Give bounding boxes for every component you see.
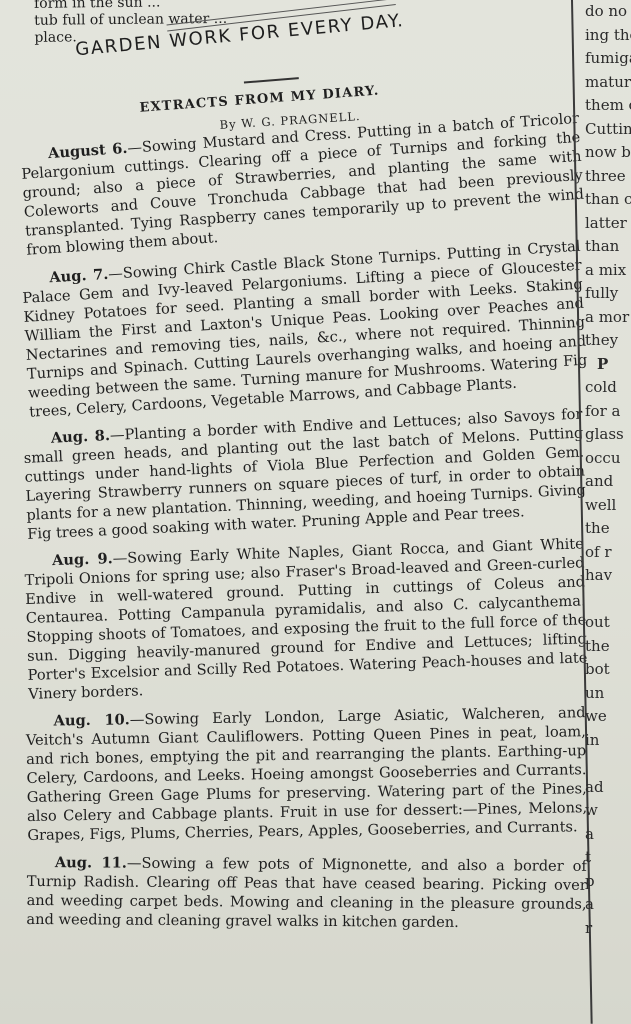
diary-entry: Aug. 8.—Planting a border with Endive an… xyxy=(23,405,588,544)
diary-entry: Aug. 10.—Sowing Early London, Large Asia… xyxy=(25,703,587,845)
entry-text: —Sowing Chirk Castle Black Stone Turnips… xyxy=(22,238,588,421)
diary-entry: August 6.—Sowing Mustard and Cress. Putt… xyxy=(20,109,586,260)
diary-entry: Aug. 9.—Sowing Early White Naples, Giant… xyxy=(24,534,588,704)
adjacent-line: them o xyxy=(585,94,631,118)
adjacent-column-fragment: do no ing the fumiga mature them o Cutti… xyxy=(585,0,631,1024)
adjacent-line: fully xyxy=(585,282,631,306)
adjacent-line: now b xyxy=(585,141,631,165)
adjacent-line: ing the xyxy=(585,24,631,48)
adjacent-line: than xyxy=(585,235,631,259)
adjacent-line: fumiga xyxy=(585,47,631,71)
entry-date: Aug. 8. xyxy=(51,427,111,447)
adjacent-line: for a xyxy=(585,400,631,424)
adjacent-line: t xyxy=(585,846,631,870)
diary-entry: Aug. 11.—Sowing a few pots of Mignonette… xyxy=(26,853,587,933)
diary-entry: Aug. 7.—Sowing Chirk Castle Black Stone … xyxy=(21,237,589,422)
entry-date: Aug. 7. xyxy=(49,266,109,286)
entry-date: Aug. 10. xyxy=(53,711,129,729)
adjacent-line: out xyxy=(585,611,631,635)
adjacent-line-gap xyxy=(585,588,631,612)
adjacent-line: occu xyxy=(585,447,631,471)
main-column: form in the sun ... tub full of unclean … xyxy=(18,0,589,1024)
adjacent-line: do no xyxy=(585,0,631,24)
adjacent-line: they xyxy=(585,329,631,353)
adjacent-line: than c xyxy=(585,188,631,212)
adjacent-line: hav xyxy=(585,564,631,588)
adjacent-line-gap xyxy=(585,752,631,776)
title-underline-rule xyxy=(244,77,299,83)
adjacent-line: mature xyxy=(585,71,631,95)
adjacent-line: glass xyxy=(585,423,631,447)
adjacent-line: r xyxy=(585,917,631,941)
adjacent-line: P xyxy=(585,353,631,377)
adjacent-line: the xyxy=(585,517,631,541)
adjacent-line: cold xyxy=(585,376,631,400)
newspaper-page: form in the sun ... tub full of unclean … xyxy=(0,0,631,1024)
adjacent-line: well xyxy=(585,494,631,518)
entry-date: Aug. 9. xyxy=(52,550,113,569)
adjacent-line: we xyxy=(585,705,631,729)
entry-text: —Sowing Mustard and Cress. Putting in a … xyxy=(21,110,585,259)
adjacent-line: a mix xyxy=(585,259,631,283)
adjacent-line: a xyxy=(585,823,631,847)
adjacent-line: a mor xyxy=(585,306,631,330)
adjacent-line: un xyxy=(585,682,631,706)
adjacent-line: of r xyxy=(585,541,631,565)
adjacent-line: Cuttin xyxy=(585,118,631,142)
adjacent-line: the xyxy=(585,635,631,659)
adjacent-line: in xyxy=(585,729,631,753)
adjacent-line: ad xyxy=(585,776,631,800)
adjacent-line: and xyxy=(585,470,631,494)
adjacent-line: bot xyxy=(585,658,631,682)
adjacent-line: a xyxy=(585,893,631,917)
adjacent-line: w xyxy=(585,799,631,823)
diary-entries: August 6.—Sowing Mustard and Cress. Putt… xyxy=(20,140,588,937)
adjacent-line: p xyxy=(585,870,631,894)
adjacent-line: latter xyxy=(585,212,631,236)
adjacent-line: three xyxy=(585,165,631,189)
entry-date: Aug. 11. xyxy=(55,854,127,872)
